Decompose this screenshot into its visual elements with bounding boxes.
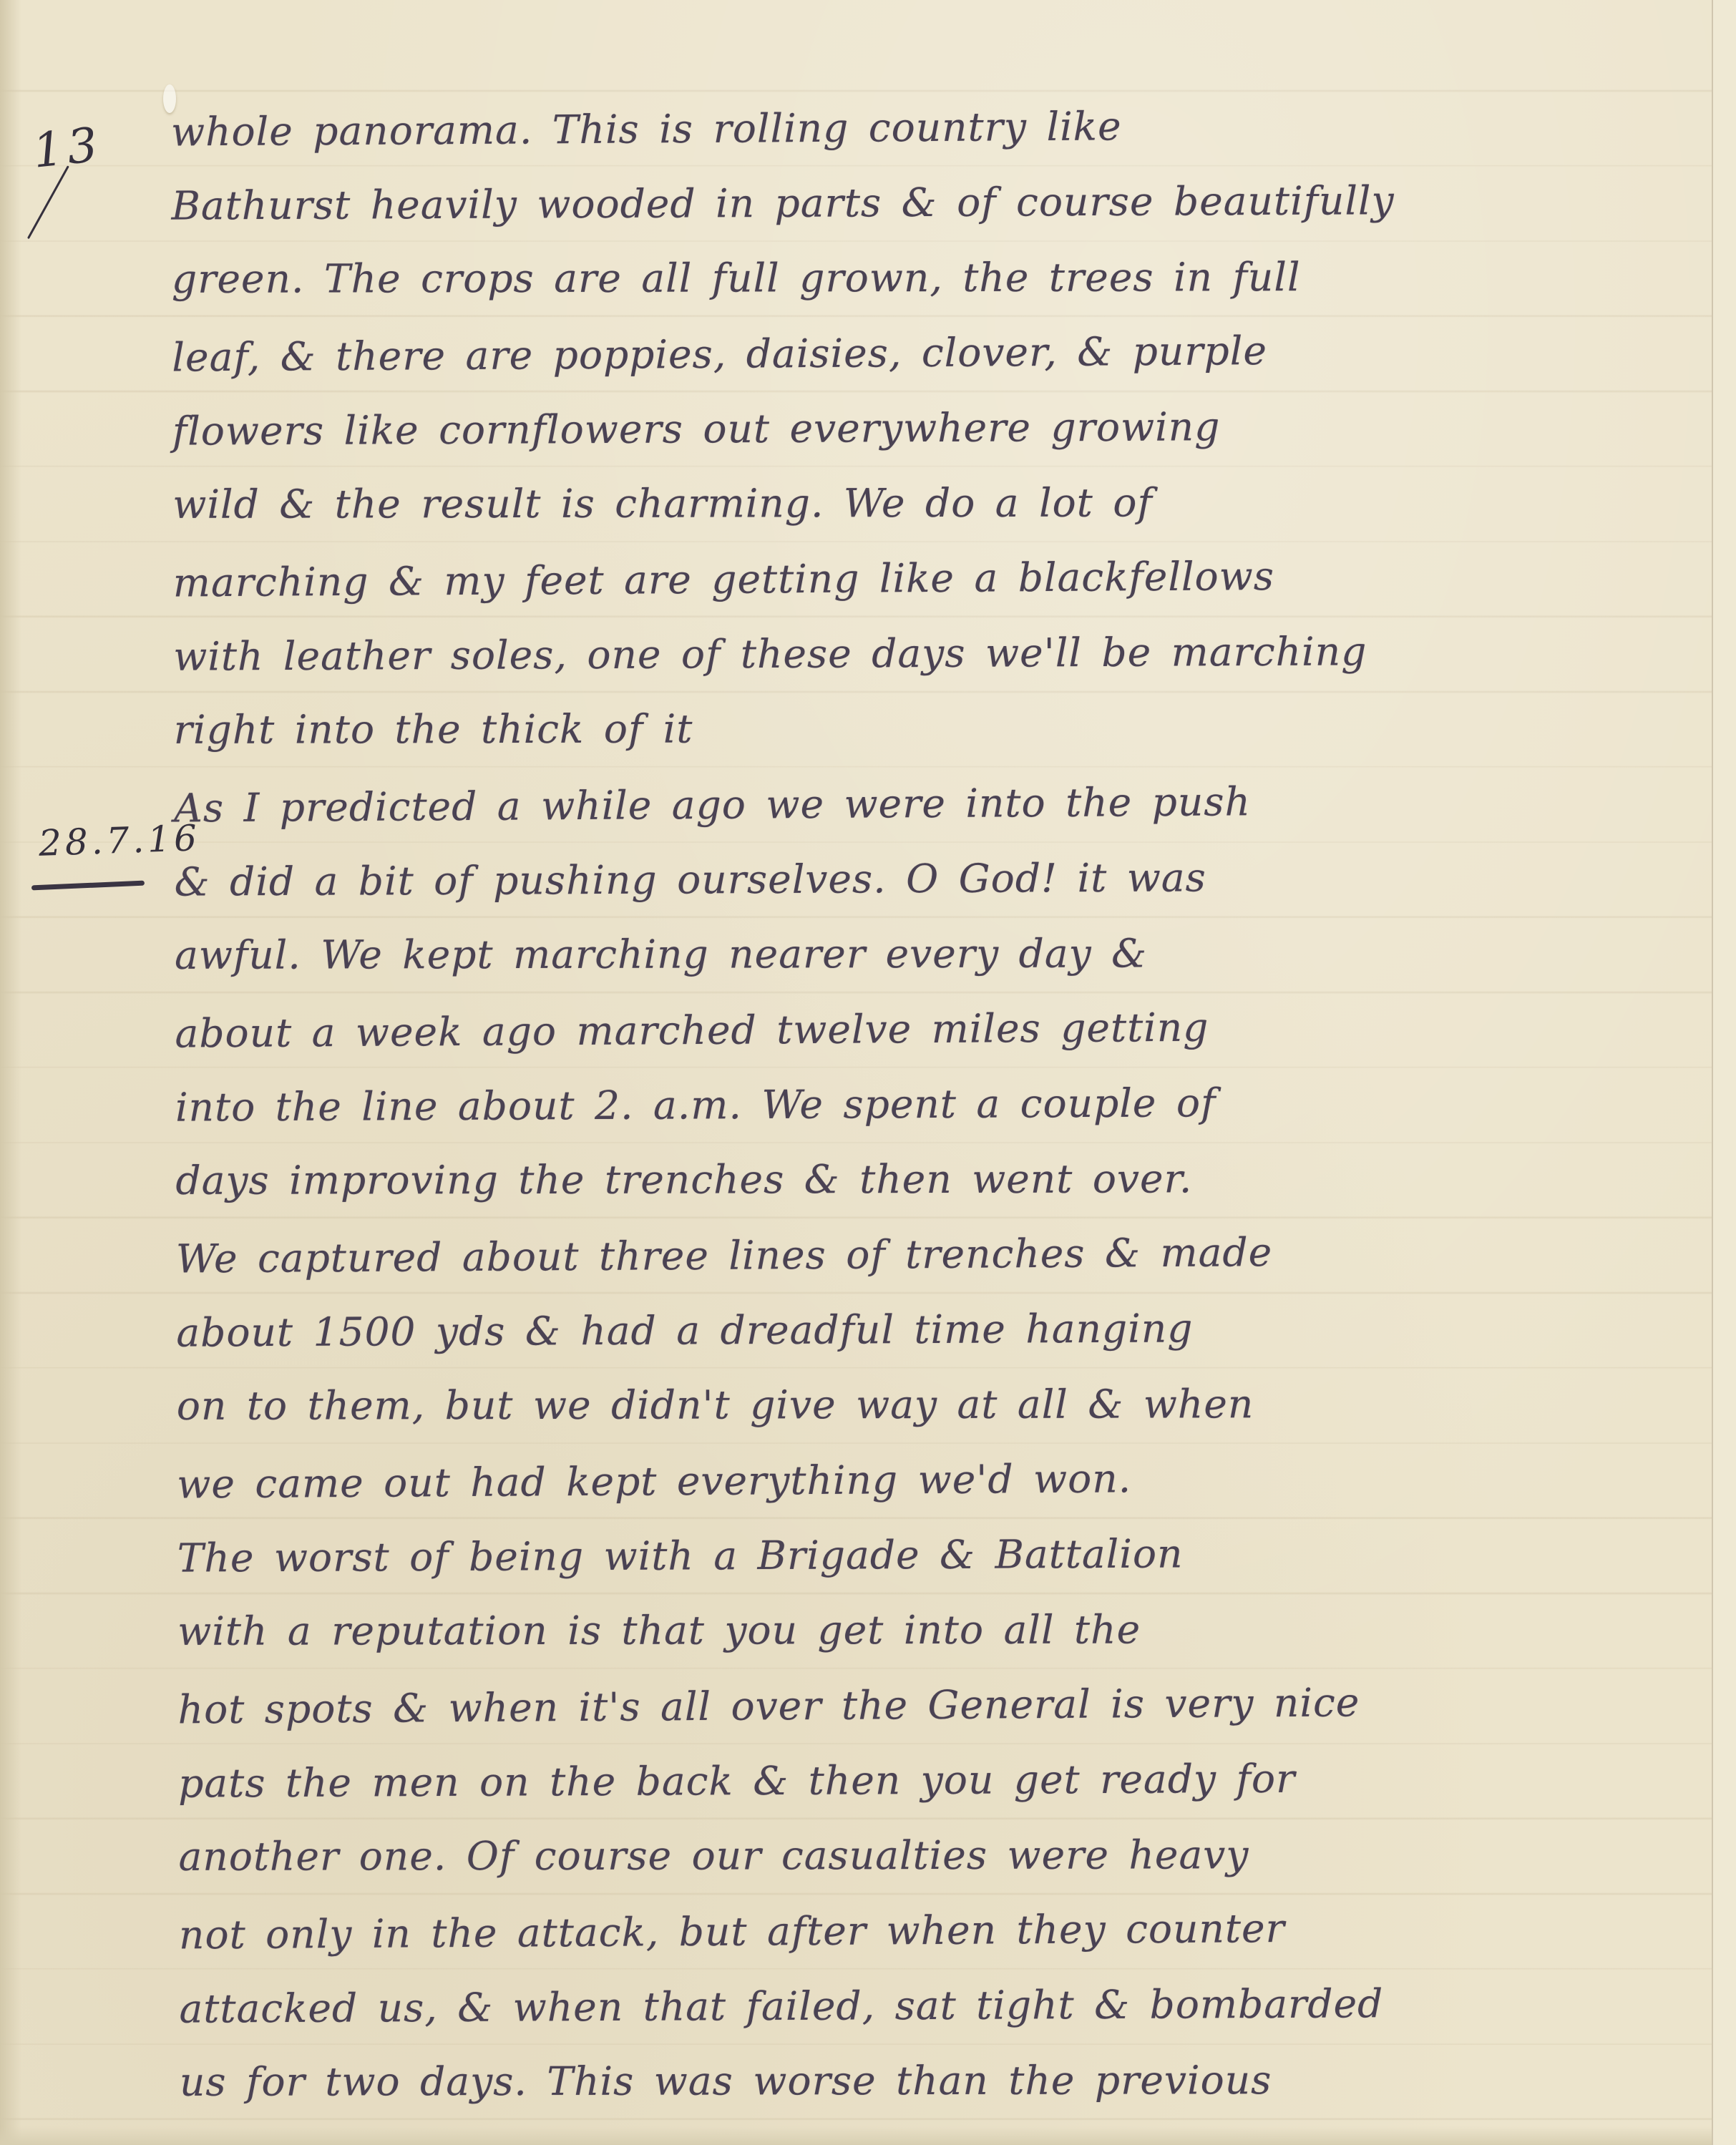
text-line: another one. Of course our casualties we…: [178, 1817, 1688, 1895]
page-fold-line: [1712, 0, 1736, 2145]
text-line: right into the thick of it: [174, 690, 1684, 768]
text-line: about 1500 yds & had a dreadful time han…: [176, 1289, 1686, 1370]
text-line: hot spots & when it's all over the Gener…: [177, 1663, 1688, 1748]
text-line: into the line about 2. a.m. We spent a c…: [175, 1063, 1685, 1145]
text-line: about a week ago marched twelve miles ge…: [175, 987, 1685, 1072]
text-line: We captured about three lines of trenche…: [176, 1213, 1687, 1297]
text-line: wild & the result is charming. We do a l…: [172, 464, 1682, 542]
text-line: The worst of being with a Brigade & Batt…: [177, 1514, 1687, 1596]
text-line: us for two days. This was worse than the…: [180, 2042, 1689, 2120]
text-line: green. The crops are all full grown, the…: [172, 239, 1682, 317]
text-line: pats the men on the back & then you get …: [178, 1739, 1688, 1821]
entry-date-underline: [31, 881, 145, 891]
text-line: awful. We kept marching nearer every day…: [175, 915, 1684, 993]
scan-edge-bottom: [0, 2126, 1736, 2145]
text-line: leaf, & there are poppies, daisies, clov…: [172, 311, 1682, 396]
text-line: on to them, but we didn't give way at al…: [177, 1366, 1687, 1444]
text-line: flowers like cornflowers out everywhere …: [172, 387, 1682, 469]
text-line: marching & my feet are getting like a bl…: [172, 537, 1683, 621]
text-line: with a reputation is that you get into a…: [177, 1591, 1687, 1669]
text-line: days improving the trenches & then went …: [175, 1140, 1685, 1218]
text-line: we came out had kept everything we'd won…: [177, 1438, 1687, 1523]
letter-body: whole panorama. This is rolling country …: [171, 87, 1689, 2121]
text-line: Bathurst heavily wooded in parts & of co…: [171, 162, 1681, 243]
text-line: & did a bit of pushing ourselves. O God!…: [174, 838, 1684, 919]
text-line: with leather soles, one of these days we…: [173, 612, 1683, 694]
text-line: As I predicted a while ago we were into …: [174, 762, 1684, 846]
text-line: not only in the attack, but after when t…: [179, 1889, 1689, 1973]
manuscript-page: 13 28.7.16 whole panorama. This is rolli…: [0, 0, 1736, 2145]
scan-edge-left: [0, 0, 21, 2145]
text-line: attacked us, & when that failed, sat tig…: [179, 1965, 1689, 2046]
text-line: whole panorama. This is rolling country …: [171, 86, 1682, 170]
